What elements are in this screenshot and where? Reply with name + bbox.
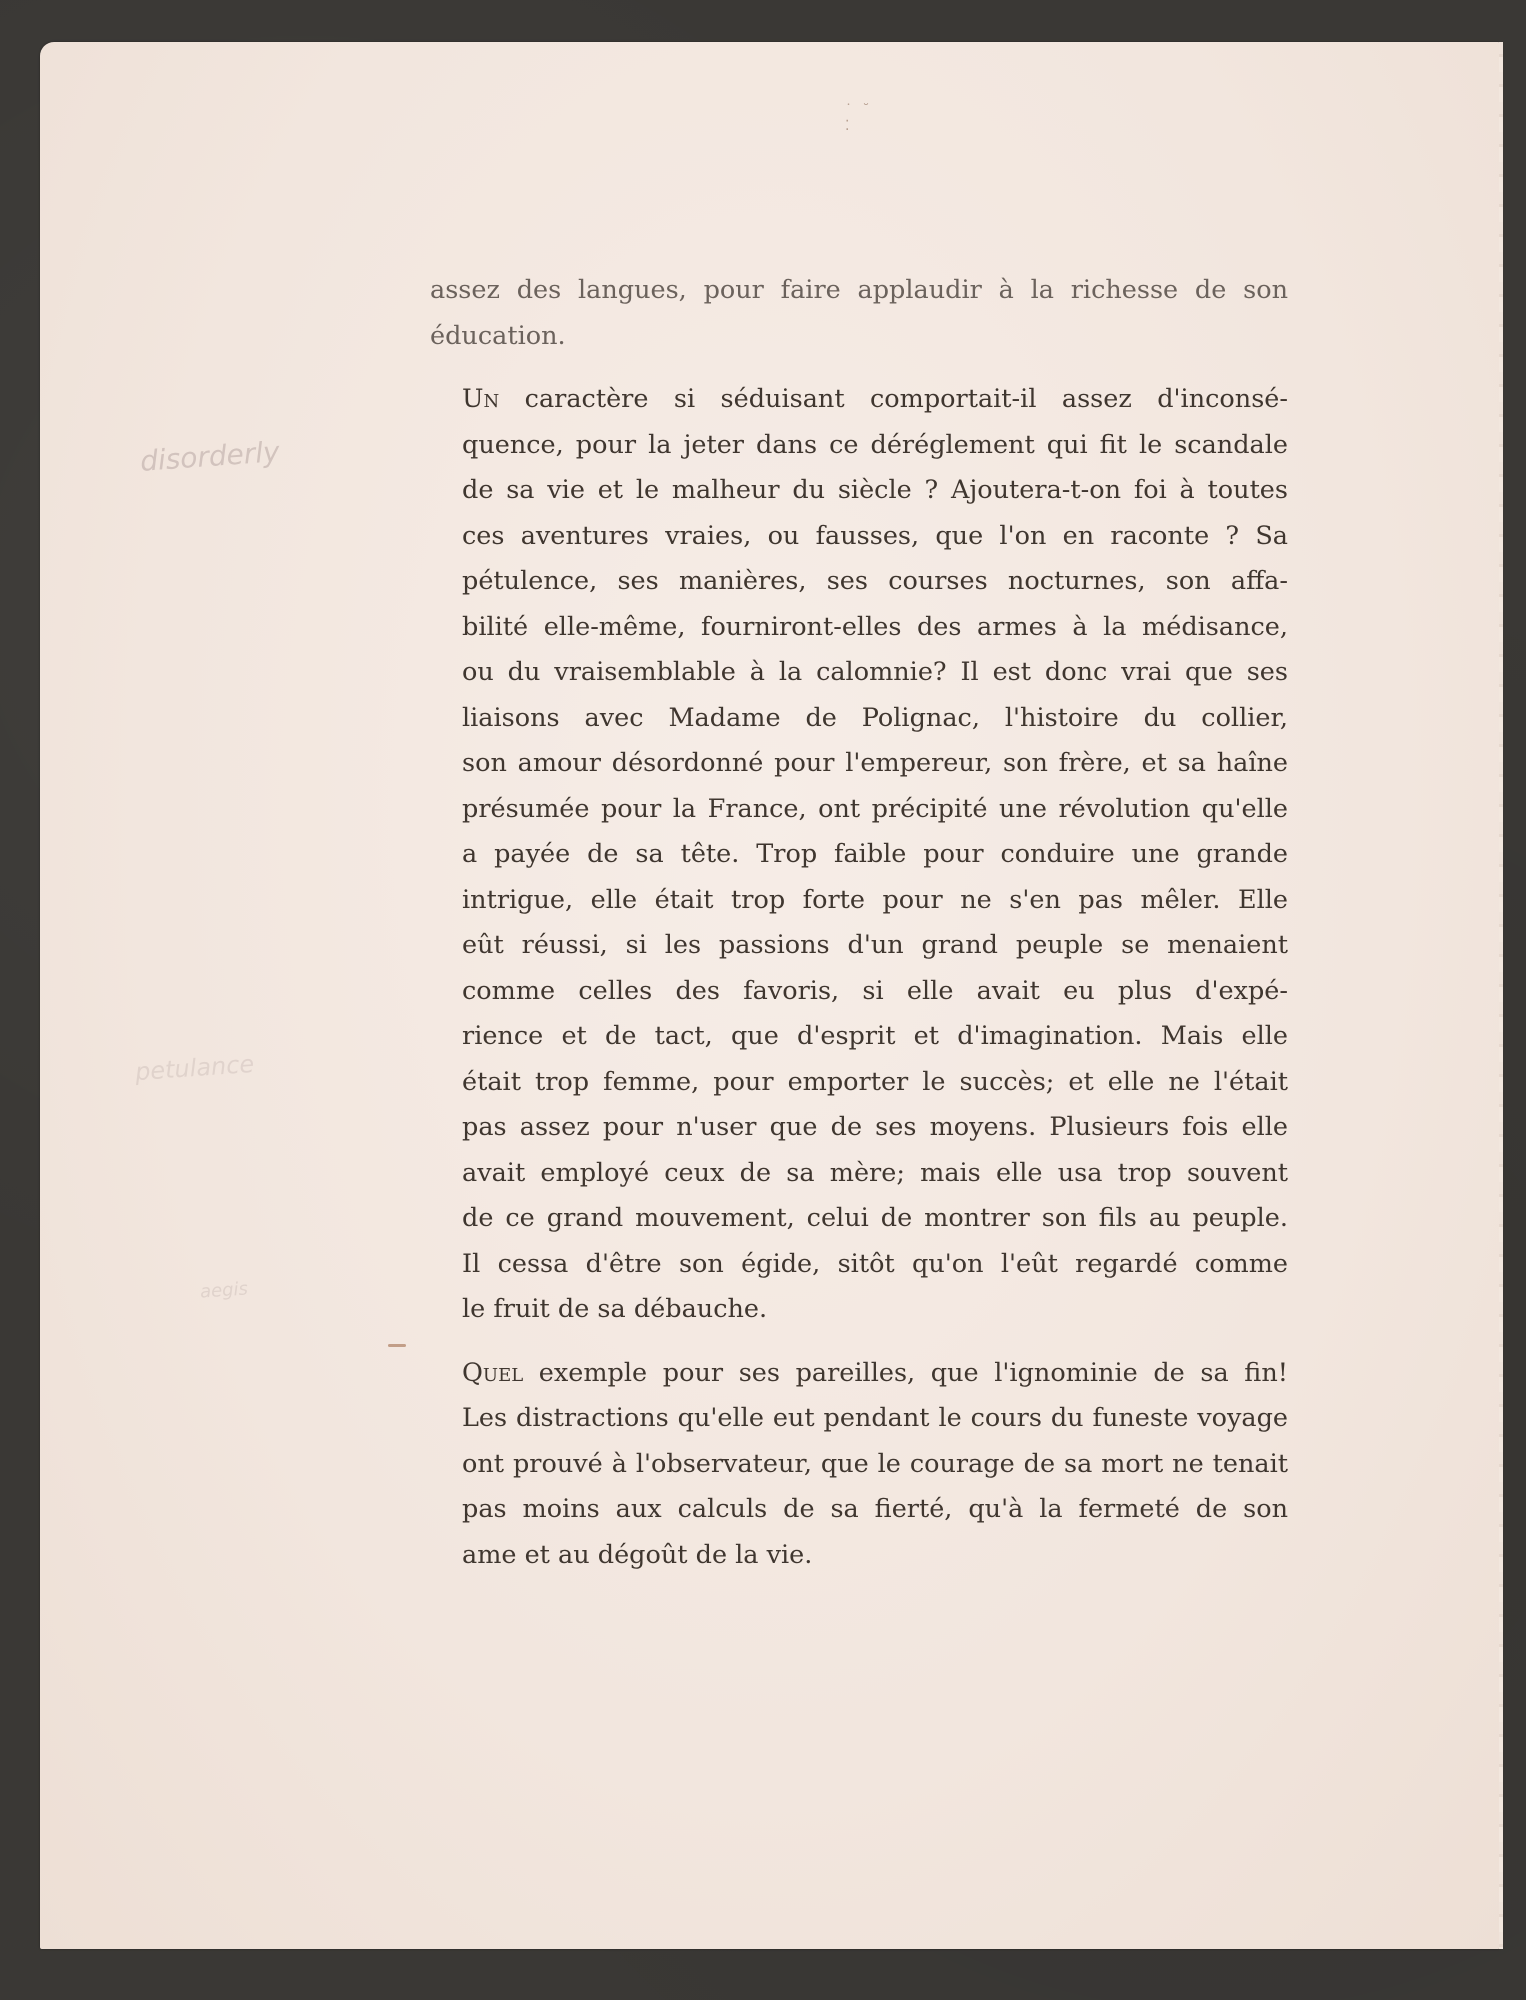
text-line: Il cessa d'être son égide, sitôt qu'on l…	[430, 1242, 1288, 1288]
text-line: pas assez pour n'user que de ses moyens.…	[430, 1105, 1288, 1151]
text-line: ou du vraisemblable à la calomnie? Il es…	[430, 650, 1288, 696]
lead-smallcaps: Un	[462, 384, 499, 414]
text-line: de ce grand mouvement, celui de montrer …	[430, 1196, 1288, 1242]
pencil-marginalia-1: disorderly	[139, 435, 281, 478]
text-line: quence, pour la jeter dans ce déréglemen…	[430, 423, 1288, 469]
text-line: son amour désordonné pour l'empereur, so…	[430, 741, 1288, 787]
pencil-marginalia-3: aegis	[199, 1278, 248, 1302]
paragraph-1: assez des langues, pour faire applaudir …	[430, 268, 1288, 359]
text-line: pétulence, ses manières, ses courses noc…	[430, 559, 1288, 605]
text-line: éducation.	[430, 314, 1288, 360]
text-line: intrigue, elle était trop forte pour ne …	[430, 878, 1288, 924]
body-text: assez des langues, pour faire applaudir …	[430, 268, 1288, 1578]
pencil-marginalia-2: petulance	[134, 1050, 255, 1086]
text-line: Les distractions qu'elle eut pendant le …	[430, 1396, 1288, 1442]
text-line: comme celles des favoris, si elle avait …	[430, 969, 1288, 1015]
document-page: ˙ ˘ ⁚ disorderly petulance aegis assez d…	[40, 42, 1500, 1949]
text-line: eût réussi, si les passions d'un grand p…	[430, 923, 1288, 969]
text-line: de sa vie et le malheur du siècle ? Ajou…	[430, 468, 1288, 514]
paragraph-2: Un caractère si séduisant comportait-il …	[430, 377, 1288, 1333]
lead-smallcaps: Quel	[462, 1358, 523, 1388]
text-line: pas moins aux calculs de sa fierté, qu'à…	[430, 1487, 1288, 1533]
text-line: ces aventures vraies, ou fausses, que l'…	[430, 514, 1288, 560]
paragraph-3: Quel exemple pour ses pareilles, que l'i…	[430, 1351, 1288, 1579]
text-line: Un caractère si séduisant comportait-il …	[430, 377, 1288, 423]
ink-speck-mark: ˙ ˘ ⁚	[845, 102, 885, 132]
text-line: bilité elle-même, fourniront-elles des a…	[430, 605, 1288, 651]
text-line: présumée pour la France, ont précipité u…	[430, 787, 1288, 833]
text-line: liaisons avec Madame de Polignac, l'hist…	[430, 696, 1288, 742]
text-line: rience et de tact, que d'esprit et d'ima…	[430, 1014, 1288, 1060]
text-line: ont prouvé à l'observateur, que le coura…	[430, 1442, 1288, 1488]
text-line: le fruit de sa débauche.	[430, 1287, 1288, 1333]
text-line: avait employé ceux de sa mère; mais elle…	[430, 1151, 1288, 1197]
text-line: ame et au dégoût de la vie.	[430, 1533, 1288, 1579]
text-line: a payée de sa tête. Trop faible pour con…	[430, 832, 1288, 878]
text-line: assez des langues, pour faire applaudir …	[430, 268, 1288, 314]
text-line: Quel exemple pour ses pareilles, que l'i…	[430, 1351, 1288, 1397]
text-line: était trop femme, pour emporter le succè…	[430, 1060, 1288, 1106]
margin-dash-mark	[388, 1344, 406, 1347]
